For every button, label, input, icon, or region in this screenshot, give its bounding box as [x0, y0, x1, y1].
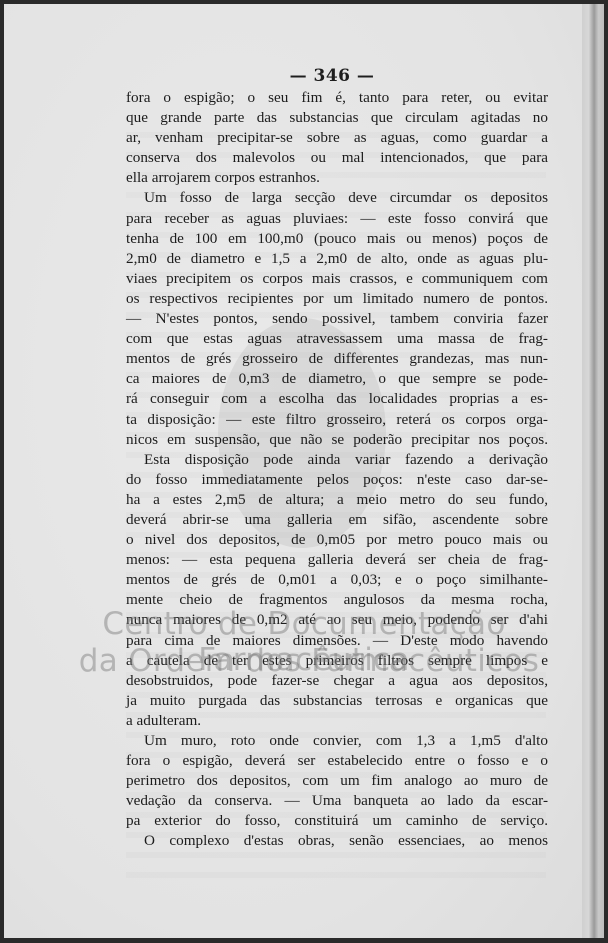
paragraph-start-line: O complexo d'estas obras, senão essencia…	[126, 831, 548, 851]
text-line: nicos em suspensão, que não se poderão p…	[126, 430, 548, 450]
text-line: ta disposição: — este filtro grosseiro, …	[126, 410, 548, 430]
text-line: nunca maiores de 0,m2 até ao seu meio, p…	[126, 610, 548, 630]
page-number: — 346 —	[0, 66, 608, 86]
text-line: conserva dos malevolos ou mal intenciona…	[126, 148, 548, 168]
paragraph-start-line: Esta disposição pode ainda variar fazend…	[126, 450, 548, 470]
text-line: o nivel dos depositos, de 0,m05 por metr…	[126, 530, 548, 550]
text-line: menos: — esta pequena galleria deverá se…	[126, 550, 548, 570]
text-line: a cautela de ter estes primeiros filtros…	[126, 651, 548, 671]
text-line: rá conseguir com a escolha das localidad…	[126, 389, 548, 409]
paragraph-start-line: Um fosso de larga secção deve circumdar …	[126, 188, 548, 208]
text-line: para receber as aguas pluviaes: — este f…	[126, 209, 548, 229]
text-line: ja muito purgada das substancias terrosa…	[126, 691, 548, 711]
text-line: ar, venham precipitar-se sobre as aguas,…	[126, 128, 548, 148]
text-line: perimetro dos depositos, com um fim anal…	[126, 771, 548, 791]
paragraph-start-line: Um muro, roto onde convier, com 1,3 a 1,…	[126, 731, 548, 751]
text-line: 2,m0 de diametro e 1,5 a 2,m0 de alto, o…	[126, 249, 548, 269]
text-line: os respectivos recipientes por um limita…	[126, 289, 548, 309]
book-spine-edge	[582, 4, 604, 938]
text-line: vedação da conserva. — Uma banqueta ao l…	[126, 791, 548, 811]
text-line: para cima de maiores dimensões. — D'este…	[126, 631, 548, 651]
text-line: tenha de 100 em 100,m0 (pouco mais ou me…	[126, 229, 548, 249]
text-line: ha a estes 2,m5 de altura; a meio metro …	[126, 490, 548, 510]
text-line: pa exterior do fosso, constituirá um cam…	[126, 811, 548, 831]
text-line: do fosso immediatamente pelos poços: n'e…	[126, 470, 548, 490]
text-line: a adulteram.	[126, 711, 548, 731]
text-line: viaes precipitem os corpos mais crassos,…	[126, 269, 548, 289]
text-line: ella arrojarem corpos estranhos.	[126, 168, 548, 188]
text-line: deverá abrir-se uma galleria em sifão, a…	[126, 510, 548, 530]
text-line: que grande parte das substancias que cir…	[126, 108, 548, 128]
text-line: fora o espigão, deverá ser estabelecido …	[126, 751, 548, 771]
text-line: com que estas aguas atravessassem uma ma…	[126, 329, 548, 349]
text-line: ca maiores de 0,m3 de diametro, o que se…	[126, 369, 548, 389]
text-line: fora o espigão; o seu fim é, tanto para …	[126, 88, 548, 108]
text-line: desobstruidos, pode fazer-se chegar a ag…	[126, 671, 548, 691]
body-text: fora o espigão; o seu fim é, tanto para …	[126, 88, 548, 852]
text-line: mentos de grés de 0,m01 a 0,03; e o poço…	[126, 570, 548, 590]
text-line: mentos de grés grosseiro de differentes …	[126, 349, 548, 369]
text-line: — N'estes pontos, sendo possivel, tambem…	[126, 309, 548, 329]
text-line: mente cheio de fragmentos angulosos da m…	[126, 590, 548, 610]
